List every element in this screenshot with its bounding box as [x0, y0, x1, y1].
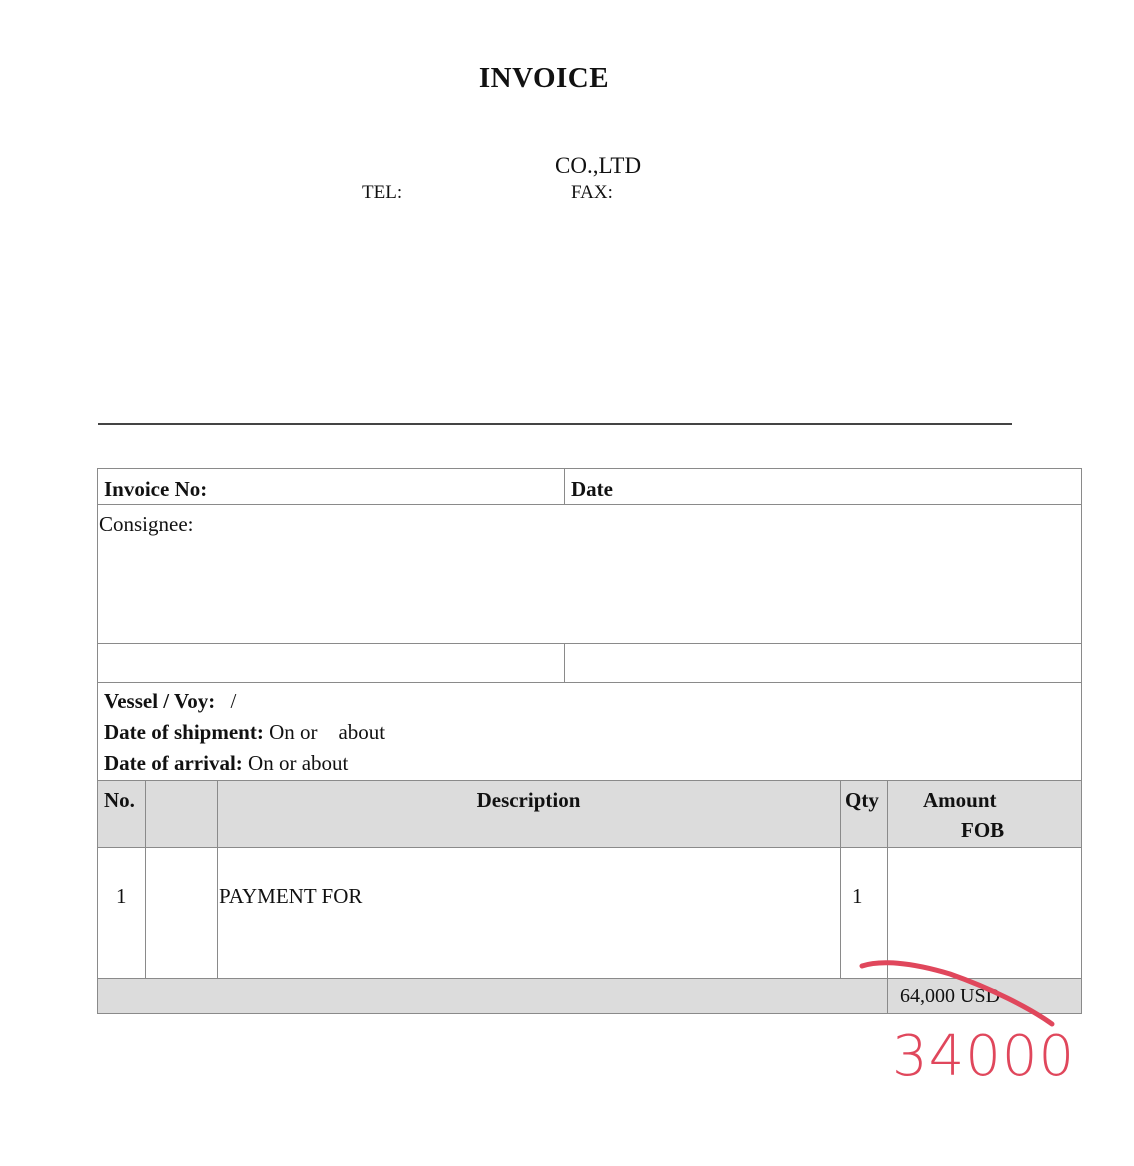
- invoice-no-label: Invoice No:: [104, 477, 207, 502]
- header-amount: Amount: [923, 788, 997, 813]
- column-divider: [887, 780, 888, 1014]
- tel-label: TEL:: [362, 182, 402, 204]
- shipment-value: On or about: [269, 720, 385, 744]
- table-divider: [97, 504, 1082, 505]
- header-divider: [98, 423, 1012, 425]
- table-divider: [97, 682, 1082, 683]
- shipment-label: Date of shipment:: [104, 720, 264, 744]
- row-qty: 1: [852, 884, 863, 909]
- arrival-label: Date of arrival:: [104, 751, 243, 775]
- company-name: CO.,LTD: [555, 153, 641, 179]
- arrival-value: On or about: [248, 751, 348, 775]
- invoice-title: INVOICE: [0, 62, 1088, 95]
- table-border-right: [1081, 468, 1082, 1014]
- table-border-left: [97, 468, 98, 1014]
- column-divider: [145, 780, 146, 978]
- fax-label: FAX:: [571, 182, 613, 204]
- table-divider: [97, 643, 1082, 644]
- vessel-value: /: [231, 689, 237, 713]
- total-amount: 64,000 USD: [900, 985, 1000, 1008]
- vessel-label: Vessel / Voy:: [104, 689, 215, 713]
- arrival-line: Date of arrival: On or about: [104, 751, 348, 776]
- table-border-top: [97, 468, 1082, 469]
- date-label: Date: [571, 477, 613, 502]
- handwritten-amount: 34000: [892, 1024, 1075, 1089]
- vessel-line: Vessel / Voy: /: [104, 689, 236, 714]
- header-fob: FOB: [961, 818, 1004, 843]
- row-description: PAYMENT FOR: [219, 884, 362, 909]
- consignee-label: Consignee:: [99, 512, 194, 537]
- table-divider: [564, 468, 565, 504]
- column-divider: [840, 780, 841, 978]
- header-no: No.: [104, 788, 135, 813]
- shipment-line: Date of shipment: On or about: [104, 720, 385, 745]
- row-no: 1: [116, 884, 127, 909]
- table-border-bottom: [97, 1013, 1082, 1014]
- table-divider: [564, 643, 565, 682]
- handwritten-correction: 34000: [840, 950, 1080, 1090]
- header-qty: Qty: [845, 788, 879, 813]
- table-divider: [97, 847, 1082, 848]
- table-divider: [97, 978, 1082, 979]
- header-description: Description: [217, 788, 840, 813]
- table-divider: [97, 780, 1082, 781]
